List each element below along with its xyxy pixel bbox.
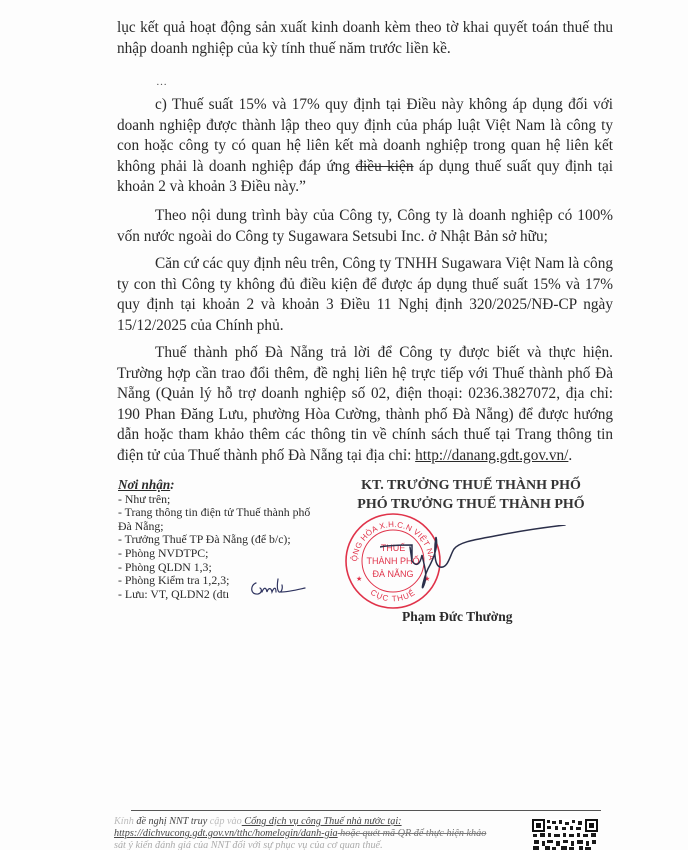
recipient-item: - Lưu: VT, QLDN2 (dtı (118, 588, 348, 602)
document-page: lục kết quả hoạt động sản xuất kinh doan… (0, 0, 688, 850)
footer-line3: sát ý kiến đánh giá của NNT đối với sự p… (114, 840, 524, 850)
recipients-title-text: Nơi nhận (118, 477, 170, 492)
recipient-item: Đà Nẵng; (118, 520, 348, 534)
footer-divider (131, 810, 601, 811)
recipient-item: - Phòng NVDTPC; (118, 547, 348, 561)
initial-signature-icon (248, 575, 308, 600)
contact-end: . (568, 447, 572, 464)
ellipsis: … (156, 76, 168, 88)
recipient-item: - Phòng QLDN 1,3; (118, 561, 348, 575)
footer-line1-rest: Cổng dịch vụ công Thuế nhà nước tại: (242, 816, 402, 827)
recipients-title: Nơi nhận: (118, 478, 348, 492)
contact-paragraph: Thuế thành phố Đà Nẵng trả lời để Công t… (117, 343, 613, 466)
signing-title-line1: KT. TRƯỞNG THUẾ THÀNH PHỐ (341, 476, 601, 495)
clause-c-paragraph: c) Thuế suất 15% và 17% quy định tại Điề… (117, 95, 613, 198)
company-info-text: Theo nội dung trình bày của Công ty, Côn… (117, 206, 613, 247)
footer-line1: đề nghị NNT truy (134, 816, 210, 827)
footer-service-link[interactable]: https://dichvucong.gdt.gov.vn/tthc/homel… (114, 828, 338, 839)
recipients-colon: : (170, 477, 174, 492)
signer-name: Phạm Đức Thường (402, 609, 512, 625)
clause-c-struck-text: điều kiện (355, 158, 413, 175)
recipients-block: Nơi nhận: - Như trên; - Trang thông tin … (118, 478, 348, 601)
recipient-item: - Phòng Kiểm tra 1,2,3; (118, 574, 348, 588)
footer-faint-2: cập vào (210, 816, 242, 827)
footer-line2-rest: hoặc quét mã QR để thực hiện khảo (338, 828, 487, 839)
main-signature-icon (380, 525, 570, 605)
recipient-item: - Như trên; (118, 493, 348, 507)
recipient-item: - Trưởng Thuế TP Đà Nẵng (để b/c); (118, 533, 348, 547)
recipient-item: - Trang thông tin điện tử Thuế thành phố (118, 506, 348, 520)
continuation-text: lục kết quả hoạt động sản xuất kinh doan… (117, 18, 613, 59)
svg-text:★: ★ (356, 575, 362, 583)
footer-note: Kính đề nghị NNT truy cập vào Cổng dịch … (114, 816, 524, 850)
conclusion-text: Căn cứ các quy định nêu trên, Công ty TN… (117, 254, 613, 336)
website-link[interactable]: http://danang.gdt.gov.vn/ (415, 447, 568, 464)
company-info-paragraph: Theo nội dung trình bày của Công ty, Côn… (117, 206, 613, 466)
continuation-paragraph: lục kết quả hoạt động sản xuất kinh doan… (117, 18, 613, 59)
footer-faint-1: Kính (114, 816, 134, 827)
qr-code-icon[interactable] (532, 819, 598, 850)
